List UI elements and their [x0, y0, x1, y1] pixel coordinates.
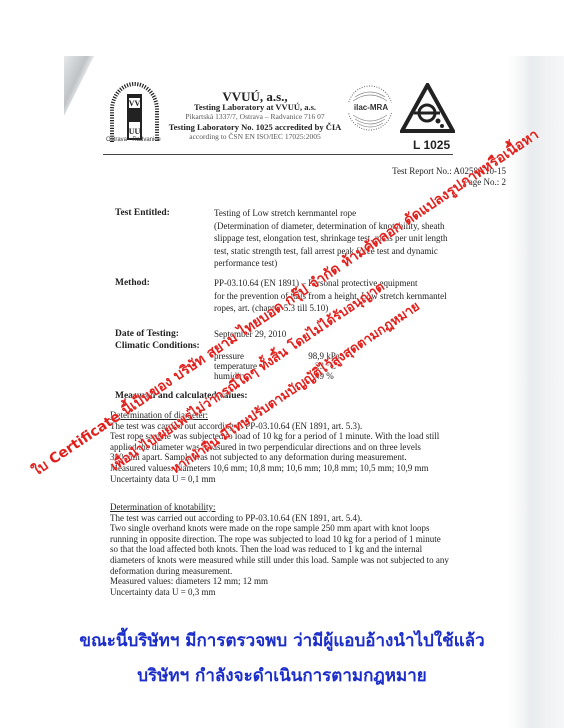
knotability-title: Determination of knotability:: [110, 502, 510, 513]
org-name: VVUÚ, a.s.,: [165, 92, 345, 102]
notice-line-2: บริษัทฯ กำลังจะดำเนินการตามกฎหมาย: [0, 662, 564, 689]
logo-caption: Ostrava - Radvanice: [106, 137, 161, 143]
header-divider: [103, 154, 453, 155]
standard: according to ČSN EN ISO/IEC 17025:2005: [165, 132, 345, 142]
date-label: Date of Testing:: [115, 328, 179, 341]
test-entitled-label: Test Entitled:: [115, 207, 170, 220]
notice-line-1: ขณะนี้บริษัทฯ มีการตรวจพบ ว่ามีผู้แอบอ้า…: [0, 627, 564, 654]
svg-text:UU: UU: [129, 127, 141, 136]
knotability-section: Determination of knotability: The test w…: [110, 502, 510, 597]
lab-address: Pikartská 1337/7, Ostrava – Radvanice 71…: [165, 112, 345, 122]
accreditation-code: L 1025: [413, 138, 450, 152]
climatic-label: Climatic Conditions:: [115, 340, 200, 353]
cai-logo-icon: [400, 83, 455, 133]
lab-name: Testing Laboratory at VVUÚ, a.s.: [165, 102, 345, 112]
vvuu-logo-icon: VV UU: [107, 80, 162, 144]
svg-text:VV: VV: [129, 99, 141, 108]
lab-header-text: VVUÚ, a.s., Testing Laboratory at VVUÚ, …: [165, 92, 345, 142]
method-label: Method:: [115, 277, 150, 290]
accreditation: Testing Laboratory No. 1025 accredited b…: [165, 122, 345, 132]
ilac-label: ilac-MRA: [346, 103, 396, 112]
